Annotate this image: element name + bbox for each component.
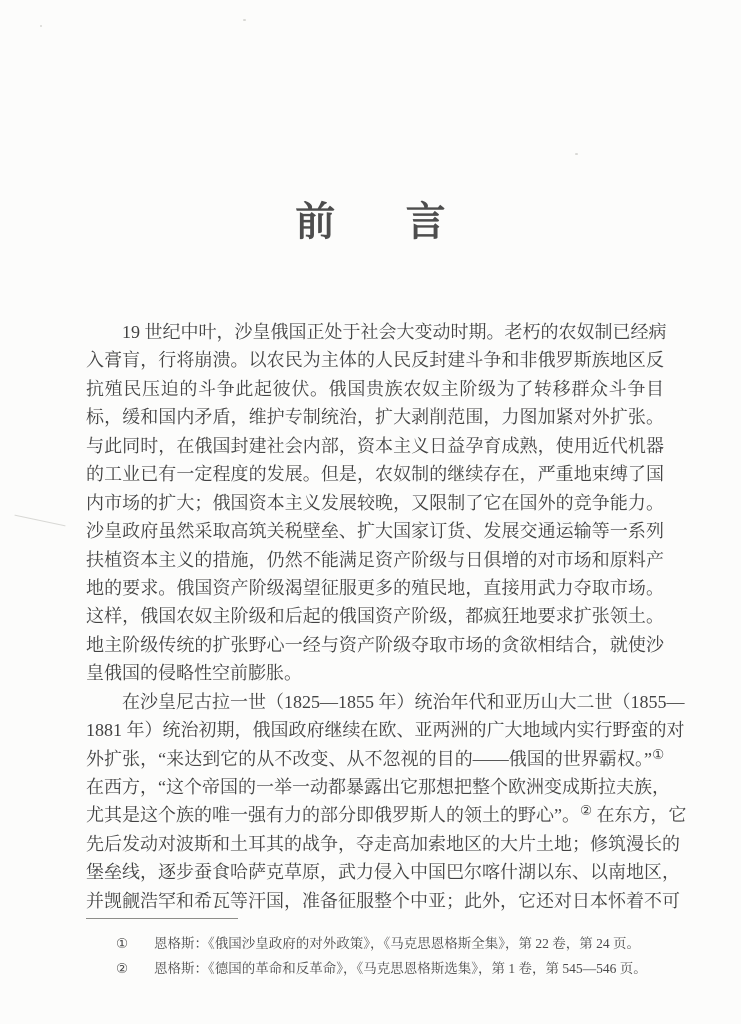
text-line: 皇俄国的侵略性空前膨胀。 xyxy=(86,659,664,687)
text-line: 标，缓和国内矛盾，维护专制统治，扩大剥削范围，力图加紧对外扩张。 xyxy=(86,403,664,431)
text-line: 堡垒线，逐步蚕食哈萨克草原，武力侵入中国巴尔喀什湖以东、以南地区， xyxy=(86,858,664,886)
text-line: 抗殖民压迫的斗争此起彼伏。俄国贵族农奴主阶级为了转移群众斗争目 xyxy=(86,375,664,403)
text-line: 19 世纪中叶，沙皇俄国正处于社会大变动时期。老朽的农奴制已经病 xyxy=(86,318,664,346)
text-line: 外扩张，“来达到它的从不改变、从不忽视的目的——俄国的世界霸权。”① xyxy=(86,745,664,773)
footnote-text: 恩格斯：《俄国沙皇政府的对外政策》，《马克思恩格斯全集》，第 22 卷，第 24… xyxy=(154,931,674,956)
footnote-item: ②恩格斯：《德国的革命和反革命》，《马克思恩格斯选集》，第 1 卷，第 545—… xyxy=(86,956,674,981)
scan-speck xyxy=(575,153,578,155)
book-page: 前 言 19 世纪中叶，沙皇俄国正处于社会大变动时期。老朽的农奴制已经病入膏肓，… xyxy=(0,0,741,1024)
body-text: 19 世纪中叶，沙皇俄国正处于社会大变动时期。老朽的农奴制已经病入膏肓，行将崩溃… xyxy=(86,318,664,915)
footnote-divider xyxy=(86,918,238,919)
scan-speck xyxy=(40,25,42,27)
footnote-reference: ② xyxy=(580,803,592,818)
text-line: 与此同时，在俄国封建社会内部，资本主义日益孕育成熟，使用近代机器 xyxy=(86,432,664,460)
footnote-marker: ② xyxy=(116,956,154,981)
text-line: 入膏肓，行将崩溃。以农民为主体的人民反封建斗争和非俄罗斯族地区反 xyxy=(86,346,664,374)
footnote-text: 恩格斯：《德国的革命和反革命》，《马克思恩格斯选集》，第 1 卷，第 545—5… xyxy=(154,956,674,981)
text-line: 并觊觎浩罕和希瓦等汗国，准备征服整个中亚；此外，它还对日本怀着不可 xyxy=(86,887,664,915)
footnote-marker: ① xyxy=(116,931,154,956)
text-line: 的工业已有一定程度的发展。但是，农奴制的继续存在，严重地束缚了国 xyxy=(86,460,664,488)
scan-scratch xyxy=(14,515,65,527)
footnote-reference: ① xyxy=(652,747,664,762)
text-line: 尤其是这个族的唯一强有力的部分即俄罗斯人的领土的野心”。② 在东方，它 xyxy=(86,801,664,829)
scan-speck xyxy=(243,19,246,21)
text-line: 这样，俄国农奴主阶级和后起的俄国资产阶级，都疯狂地要求扩张领土。 xyxy=(86,602,664,630)
text-line: 在西方，“这个帝国的一举一动都暴露出它那想把整个欧洲变成斯拉夫族， xyxy=(86,773,664,801)
text-line: 扶植资本主义的措施，仍然不能满足资产阶级与日俱增的对市场和原料产 xyxy=(86,546,664,574)
text-line: 先后发动对波斯和土耳其的战争，夺走高加索地区的大片土地；修筑漫长的 xyxy=(86,830,664,858)
text-line: 1881 年）统治初期，俄国政府继续在欧、亚两洲的广大地域内实行野蛮的对 xyxy=(86,716,664,744)
text-line: 在沙皇尼古拉一世（1825—1855 年）统治年代和亚历山大二世（1855— xyxy=(86,688,664,716)
text-line: 地的要求。俄国资产阶级渴望征服更多的殖民地，直接用武力夺取市场。 xyxy=(86,574,664,602)
text-line: 地主阶级传统的扩张野心一经与资产阶级夺取市场的贪欲相结合，就使沙 xyxy=(86,631,664,659)
page-title: 前 言 xyxy=(0,190,741,247)
text-line: 沙皇政府虽然采取高筑关税壁垒、扩大国家订货、发展交通运输等一系列 xyxy=(86,517,664,545)
footnotes: ①恩格斯：《俄国沙皇政府的对外政策》，《马克思恩格斯全集》，第 22 卷，第 2… xyxy=(86,931,674,981)
footnote-item: ①恩格斯：《俄国沙皇政府的对外政策》，《马克思恩格斯全集》，第 22 卷，第 2… xyxy=(86,931,674,956)
text-line: 内市场的扩大；俄国资本主义发展较晚，又限制了它在国外的竞争能力。 xyxy=(86,489,664,517)
